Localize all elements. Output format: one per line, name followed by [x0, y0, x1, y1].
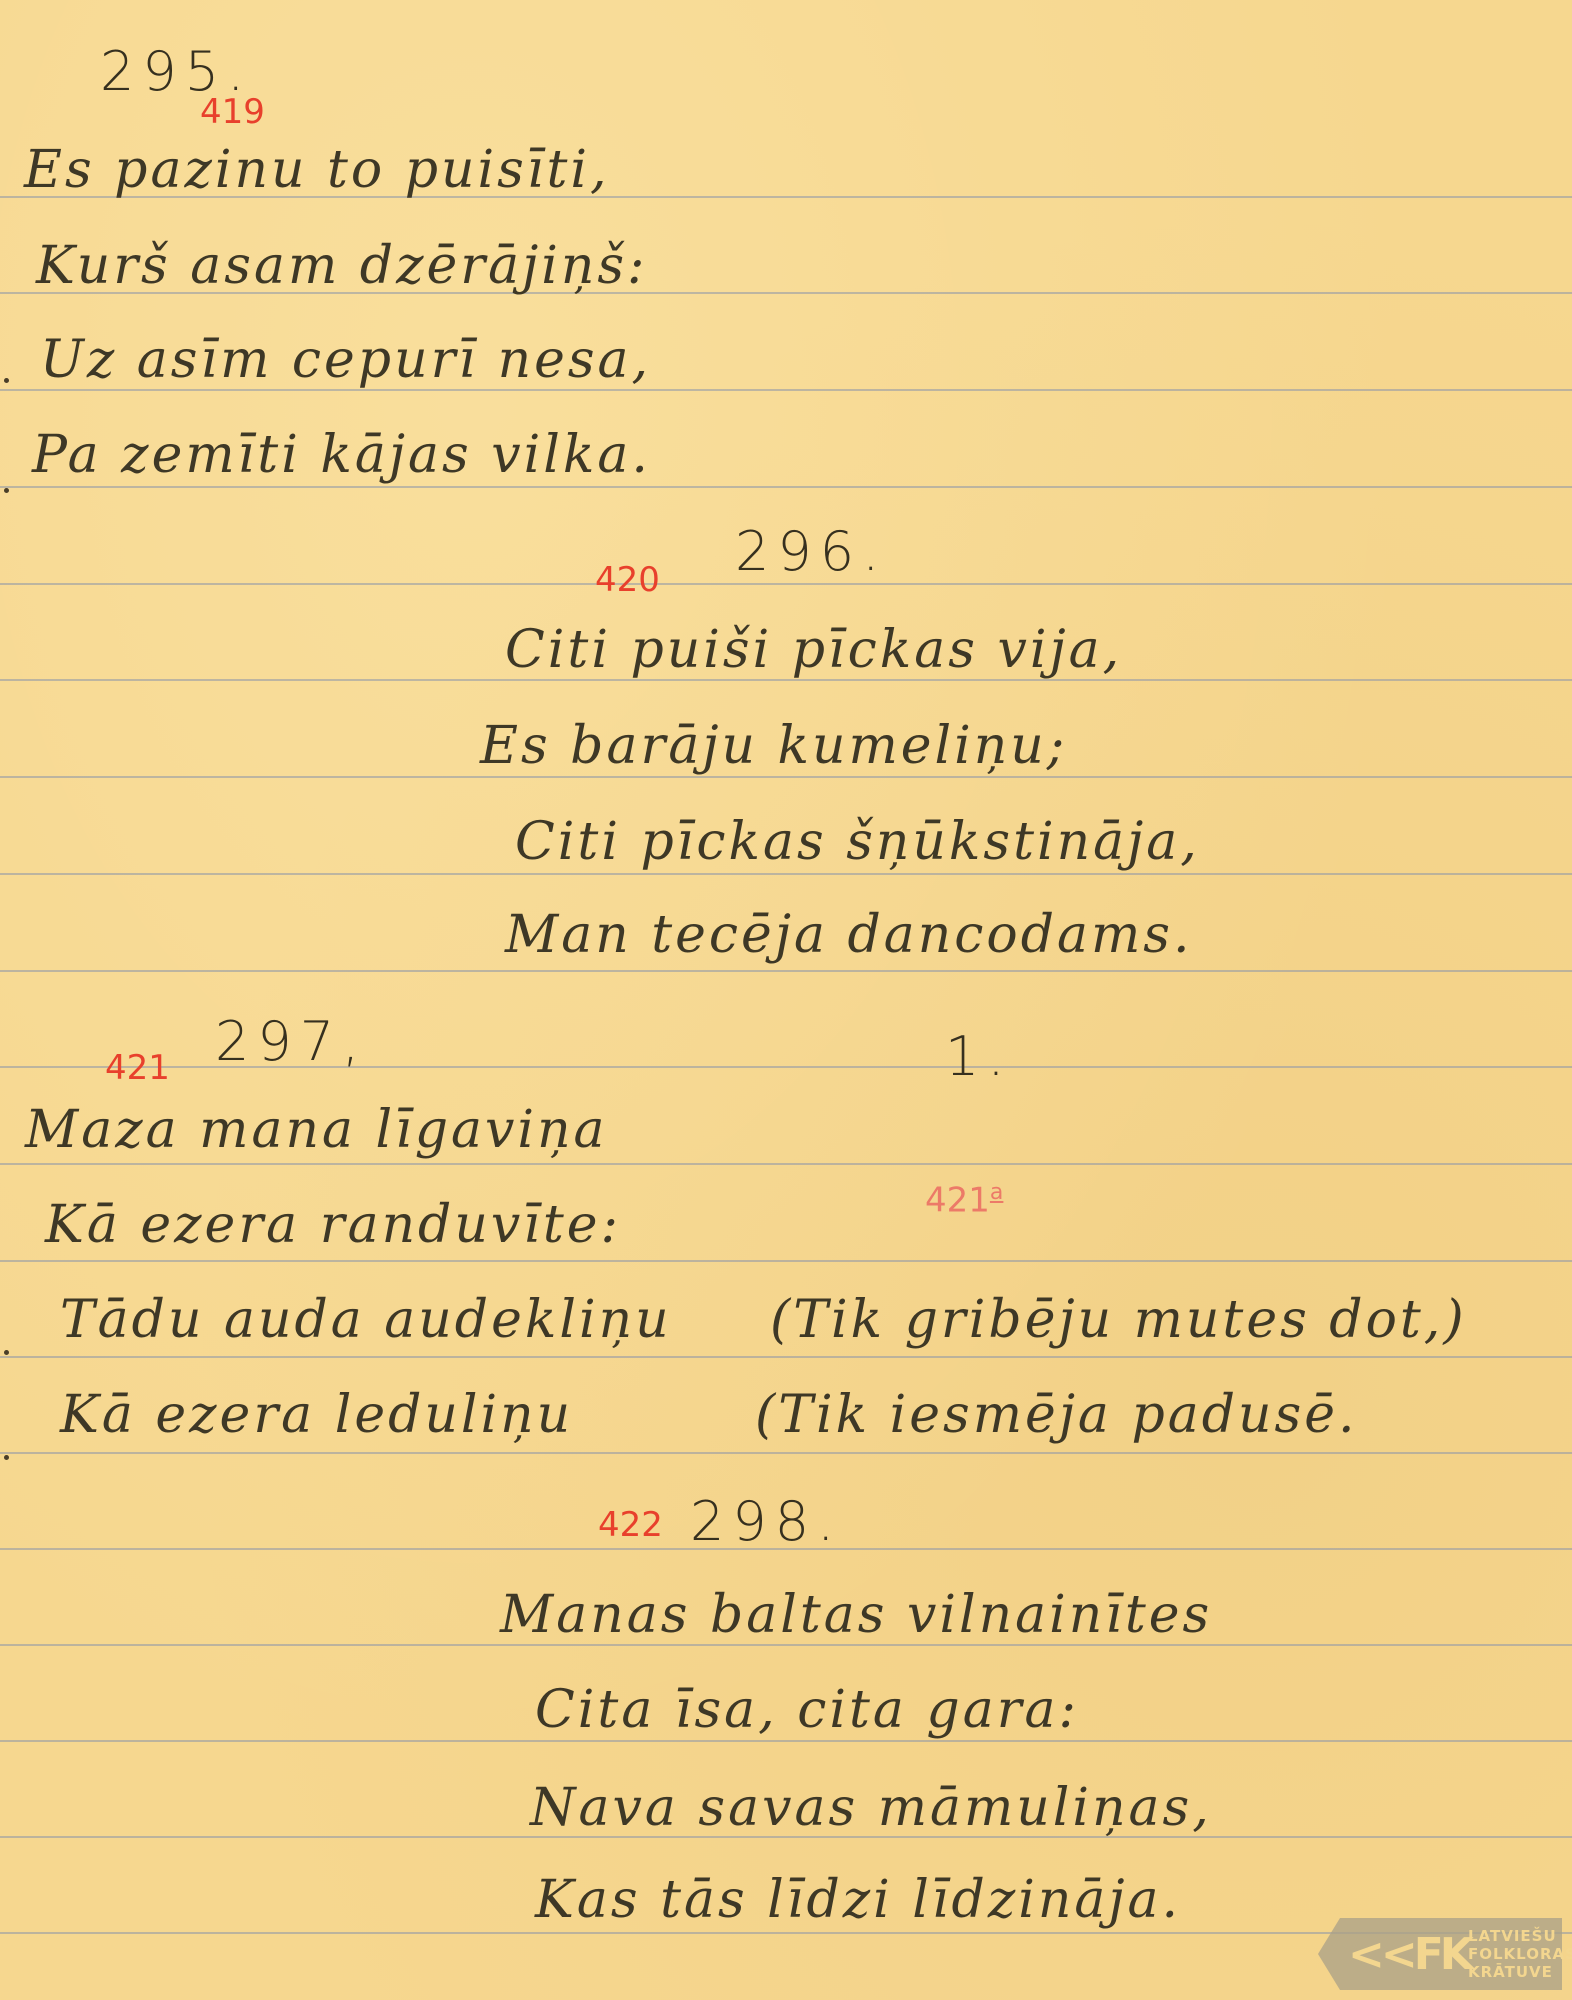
variant-catalog-value: 421 — [925, 1180, 990, 1220]
side-mark: 1. — [945, 1025, 1013, 1088]
ruling-line — [0, 583, 1572, 585]
ruling-line — [0, 1740, 1572, 1742]
verse-line: Maza mana līgaviņa — [25, 1100, 608, 1160]
ruling-line — [0, 970, 1572, 972]
margin-mark — [4, 488, 9, 493]
catalog-number: 419 — [200, 92, 265, 132]
variant-suffix: a — [990, 1180, 1003, 1205]
archive-watermark-logo: <<FK LATVIEŠU FOLKLORAS KRĀTUVE — [1318, 1918, 1562, 1990]
verse-line: Kā ezera randuvīte: — [45, 1195, 621, 1255]
verse-line: Nava savas māmuliņas, — [530, 1778, 1212, 1838]
catalog-number: 420 — [595, 560, 660, 600]
entry-number: 297, — [215, 1010, 367, 1073]
verse-line: Es pazinu to puisīti, — [24, 140, 610, 200]
verse-line: Citi pīckas šņūkstināja, — [515, 812, 1200, 872]
margin-mark — [4, 1350, 9, 1355]
logo-line-1: LATVIEŠU — [1468, 1927, 1552, 1945]
logo-line-2: FOLKLORAS — [1468, 1945, 1552, 1963]
ruling-line — [0, 776, 1572, 778]
margin-mark — [4, 1455, 9, 1460]
ruling-line — [0, 486, 1572, 488]
verse-line: Man tecēja dancodams. — [505, 905, 1193, 965]
ruling-line — [0, 873, 1572, 875]
verse-line: Es barāju kumeliņu; — [480, 716, 1067, 776]
verse-line: Pa zemīti kājas vilka. — [32, 425, 651, 485]
verse-line: Cita īsa, cita gara: — [535, 1680, 1079, 1740]
entry-number: 298. — [690, 1490, 842, 1553]
ruling-line — [0, 1356, 1572, 1358]
ruling-line — [0, 1260, 1572, 1262]
margin-mark — [4, 378, 9, 383]
variant-catalog-number: 421a — [925, 1180, 1003, 1220]
variant-line: (Tik gribēju mutes dot,) — [770, 1290, 1467, 1350]
catalog-number: 422 — [598, 1505, 663, 1545]
ruling-line — [0, 1163, 1572, 1165]
verse-line: Uz asīm cepurī nesa, — [40, 330, 651, 390]
verse-line: Manas baltas vilnainītes — [500, 1585, 1212, 1645]
ruling-line — [0, 1452, 1572, 1454]
verse-line: Kā ezera leduliņu — [60, 1385, 573, 1445]
verse-line: Citi puiši pīckas vija, — [505, 620, 1122, 680]
variant-line: (Tik iesmēja padusē. — [755, 1385, 1358, 1445]
logo-text: LATVIEŠU FOLKLORAS KRĀTUVE — [1468, 1927, 1552, 1981]
lfk-logo-icon: <<FK — [1348, 1929, 1470, 1980]
verse-line: Kas tās līdzi līdzināja. — [535, 1870, 1181, 1930]
catalog-number: 421 — [105, 1048, 170, 1088]
logo-line-3: KRĀTUVE — [1468, 1963, 1552, 1981]
verse-line: Tādu auda audekliņu — [60, 1290, 672, 1350]
entry-number: 296. — [735, 520, 887, 583]
verse-line: Kurš asam dzērājiņš: — [36, 236, 648, 296]
